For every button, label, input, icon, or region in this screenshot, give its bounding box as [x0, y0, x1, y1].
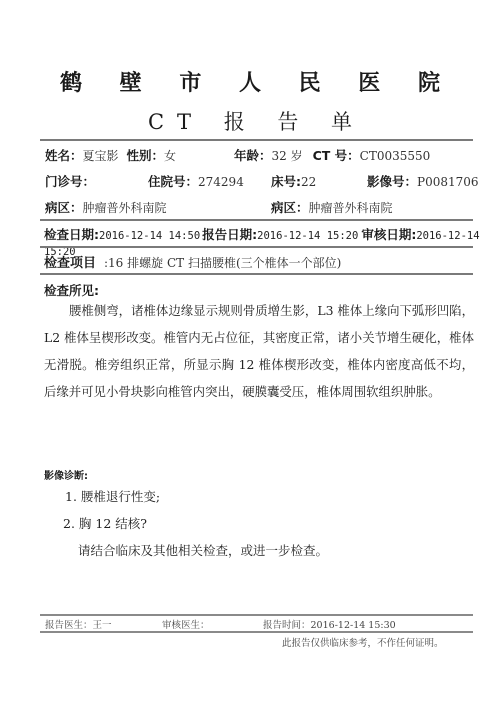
bed-label: 床号: [271, 174, 301, 189]
patient-age: 32 岁 [272, 149, 303, 163]
findings-label: 检查所见: [44, 283, 99, 298]
footer-divider-top [40, 614, 473, 616]
ward-field-2: 病区：肿瘤普外科南院 [271, 198, 393, 216]
disclaimer: 此报告仅供临床参考，不作任何证明。 [282, 635, 444, 649]
diagnosis-note: 请结合临床及其他相关检查，或进一步检查。 [78, 541, 328, 559]
reporting-doctor: 王一 [93, 620, 112, 631]
outpatient-field: 门诊号： [45, 172, 95, 190]
review-date-label: 审核日期: [361, 227, 416, 242]
bed-field: 床号:22 [271, 172, 316, 190]
inpatient-field: 住院号：274294 [148, 172, 244, 190]
diagnosis-item-2: 2. 胸 12 结核? [63, 514, 147, 532]
patient-row-1: 姓名：夏宝影 性别：女 [45, 146, 176, 164]
report-time-label: 报告时间： [263, 620, 311, 631]
report-date: 2016-12-14 15:20 [257, 230, 358, 242]
divider-exam-item [40, 273, 473, 275]
ward-value-1: 肿瘤普外科南院 [83, 201, 167, 215]
diagnosis-heading: 影像诊断: [44, 464, 88, 483]
report-title: CT 报 告 单 [0, 106, 500, 136]
findings-text: 腰椎侧弯，诸椎体边缘显示规则骨质增生影，L3 椎体上缘向下弧形凹陷，L2 椎体呈… [44, 297, 474, 405]
reviewing-doctor-field: 审核医生： [162, 617, 210, 631]
exam-date-label: 检查日期: [44, 227, 99, 242]
ward-label-1: 病区： [45, 200, 83, 215]
inpatient-label: 住院号： [148, 174, 198, 189]
image-no-field: 影像号：P0081706 [367, 172, 479, 190]
name-label: 姓名： [45, 148, 83, 163]
divider-top [40, 139, 473, 141]
reporting-doctor-field: 报告医生：王一 [45, 617, 112, 631]
report-time-field: 报告时间：2016-12-14 15:30 [263, 617, 396, 631]
reporting-doctor-label: 报告医生： [45, 620, 93, 631]
exam-item-label: 检查项目 [44, 256, 96, 271]
patient-name: 夏宝影 [83, 149, 119, 163]
hospital-name: 鹤 壁 市 人 民 医 院 [0, 66, 500, 97]
report-time: 2016-12-14 15:30 [311, 620, 396, 631]
diagnosis-label: 影像诊断: [44, 471, 88, 482]
gender-label: 性别： [127, 148, 165, 163]
diagnosis-item-1: 1. 腰椎退行性变; [65, 487, 160, 505]
outpatient-label: 门诊号： [45, 174, 95, 189]
reviewing-doctor-label: 审核医生： [162, 620, 210, 631]
exam-item-row: 检查项目 :16 排螺旋 CT 扫描腰椎(三个椎体一个部位) [44, 252, 341, 271]
divider-info [40, 219, 473, 221]
image-number: P0081706 [417, 175, 479, 189]
footer-divider-bottom [40, 631, 473, 633]
report-date-label: 报告日期: [202, 227, 257, 242]
ct-no-label: CT 号： [313, 148, 360, 163]
patient-row-1-right: 年龄：32 岁 CT 号：CT0035550 [234, 146, 430, 164]
image-no-label: 影像号： [367, 174, 417, 189]
ward-value-2: 肿瘤普外科南院 [309, 201, 393, 215]
exam-item-value: :16 排螺旋 CT 扫描腰椎(三个椎体一个部位) [104, 256, 341, 270]
patient-gender: 女 [164, 149, 176, 163]
ct-number: CT0035550 [360, 149, 431, 163]
ward-field-1: 病区：肿瘤普外科南院 [45, 198, 167, 216]
ward-label-2: 病区： [271, 200, 309, 215]
exam-date: 2016-12-14 14:50 [99, 230, 200, 242]
bed-number: 22 [301, 175, 316, 189]
findings-body: 腰椎侧弯，诸椎体边缘显示规则骨质增生影，L3 椎体上缘向下弧形凹陷，L2 椎体呈… [44, 297, 474, 405]
inpatient-number: 274294 [198, 175, 244, 189]
divider-dates [40, 246, 473, 248]
age-label: 年龄： [234, 148, 272, 163]
